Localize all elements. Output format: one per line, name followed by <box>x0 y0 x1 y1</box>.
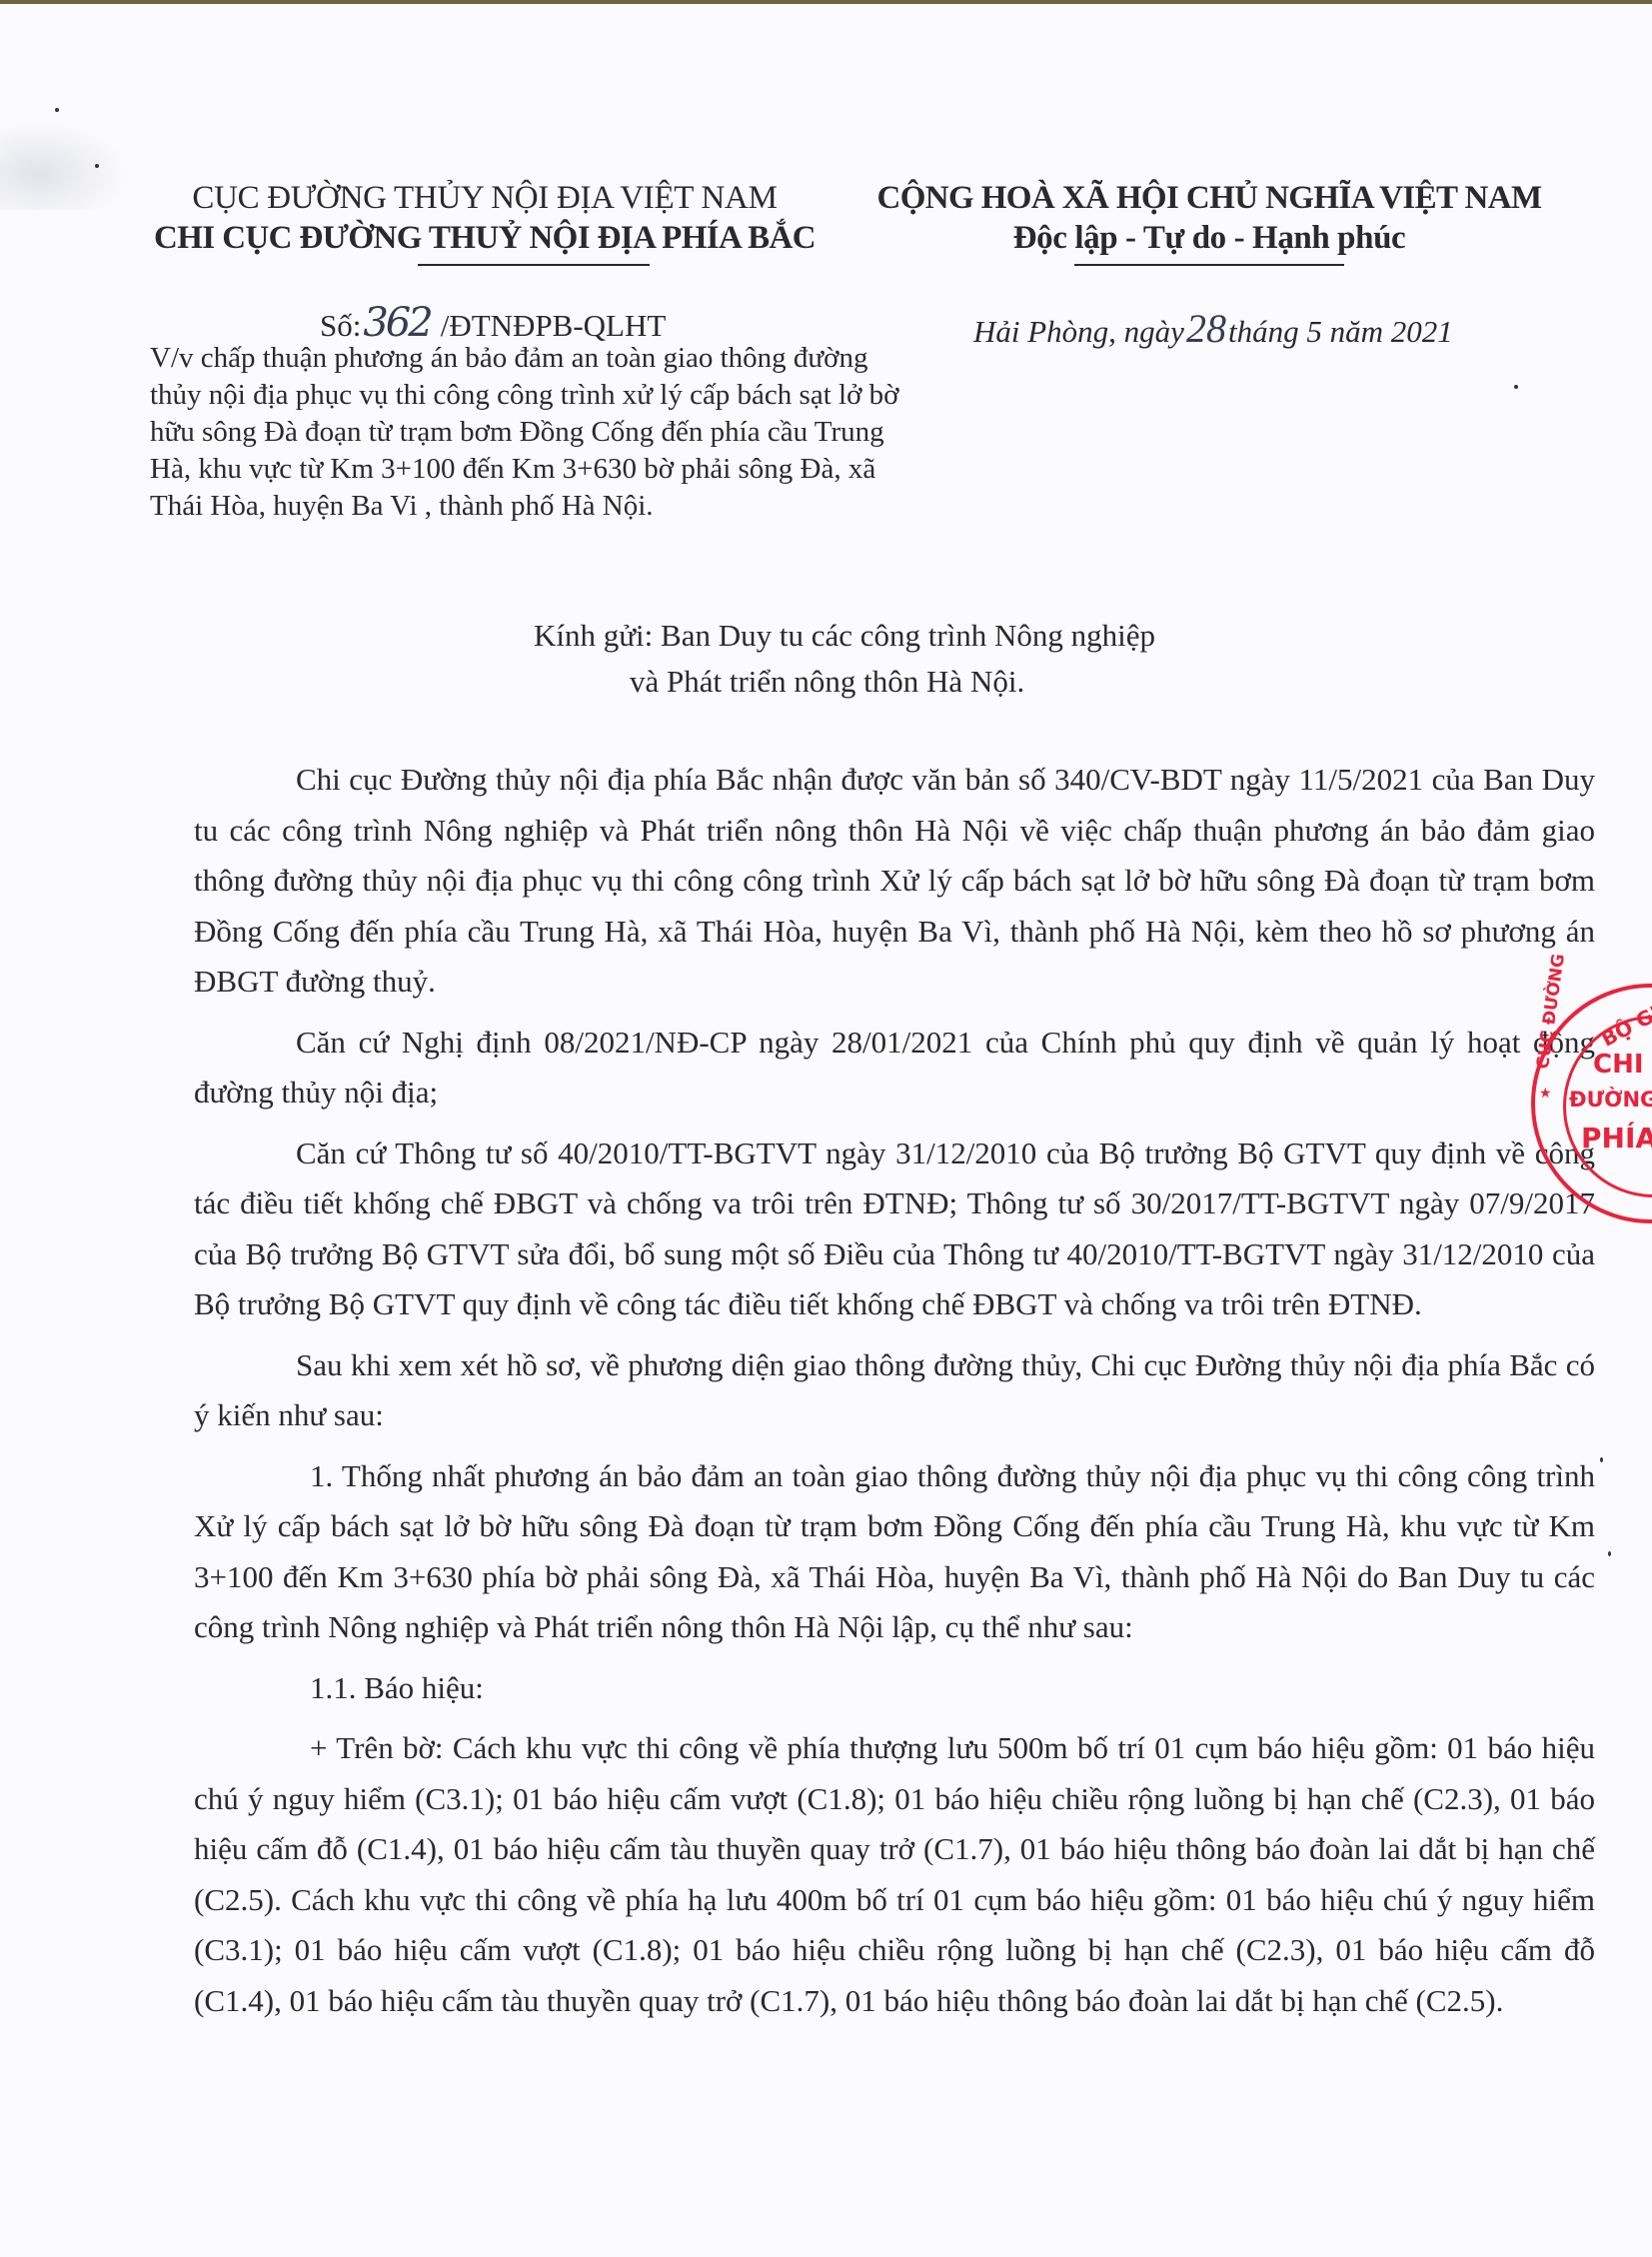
body-paragraph: Căn cứ Thông tư số 40/2010/TT-BGTVT ngày… <box>194 1128 1595 1330</box>
scan-speck <box>95 164 99 168</box>
national-motto: Độc lập - Tự do - Hạnh phúc <box>849 218 1569 258</box>
doc-number-suffix: /ĐTNĐPB-QLHT <box>441 308 667 343</box>
scan-speck <box>55 108 59 112</box>
scan-speck <box>1514 385 1518 389</box>
seal-line-2: ĐƯỜNG TH <box>1569 1088 1652 1112</box>
document-subject: V/v chấp thuận phương án bảo đảm an toàn… <box>150 340 909 525</box>
section-heading: 1.1. Báo hiệu: <box>194 1663 1595 1714</box>
agency-underline <box>418 264 650 266</box>
body-paragraph: 1. Thống nhất phương án bảo đảm an toàn … <box>194 1451 1595 1653</box>
star-icon: ★ <box>1539 1086 1552 1102</box>
issuing-agency: CHI CỤC ĐƯỜNG THUỶ NỘI ĐỊA PHÍA BẮC <box>130 218 839 258</box>
document-body: Chi cục Đường thủy nội địa phía Bắc nhận… <box>194 755 1595 2036</box>
body-paragraph: Căn cứ Nghị định 08/2021/NĐ-CP ngày 28/0… <box>194 1018 1595 1119</box>
date-day-handwritten: 28 <box>1186 306 1226 351</box>
recipient-line-1: Kính gửi: Ban Duy tu các công trình Nông… <box>534 613 1155 659</box>
date-suffix: tháng 5 năm 2021 <box>1228 314 1453 349</box>
scan-smudge <box>0 120 130 210</box>
national-header-block: CỘNG HOÀ XÃ HỘI CHỦ NGHĨA VIỆT NAM Độc l… <box>849 178 1569 266</box>
date-prefix: Hải Phòng, ngày <box>973 314 1184 349</box>
motto-underline <box>1074 264 1344 266</box>
scan-speck <box>1608 1551 1611 1556</box>
body-paragraph: Sau khi xem xét hồ sơ, về phương diện gi… <box>194 1340 1595 1441</box>
doc-number-prefix: Số: <box>320 308 361 343</box>
scan-top-edge <box>0 0 1652 4</box>
seal-line-3: PHÍA <box>1581 1122 1652 1154</box>
recipient-line-2: và Phát triển nông thôn Hà Nội. <box>534 659 1155 705</box>
scan-speck <box>1600 1457 1603 1462</box>
place-and-date: Hải Phòng, ngày28tháng 5 năm 2021 <box>973 305 1453 352</box>
issuing-agency-block: CỤC ĐƯỜNG THỦY NỘI ĐỊA VIỆT NAM CHI CỤC … <box>130 178 839 266</box>
national-title: CỘNG HOÀ XÃ HỘI CHỦ NGHĨA VIỆT NAM <box>849 178 1569 218</box>
parent-agency: CỤC ĐƯỜNG THỦY NỘI ĐỊA VIỆT NAM <box>130 178 839 218</box>
body-paragraph: + Trên bờ: Cách khu vực thi công về phía… <box>194 1723 1595 2026</box>
recipient-block: Kính gửi: Ban Duy tu các công trình Nông… <box>534 613 1155 705</box>
seal-line-1: CHI <box>1593 1050 1644 1080</box>
body-paragraph: Chi cục Đường thủy nội địa phía Bắc nhận… <box>194 755 1595 1008</box>
